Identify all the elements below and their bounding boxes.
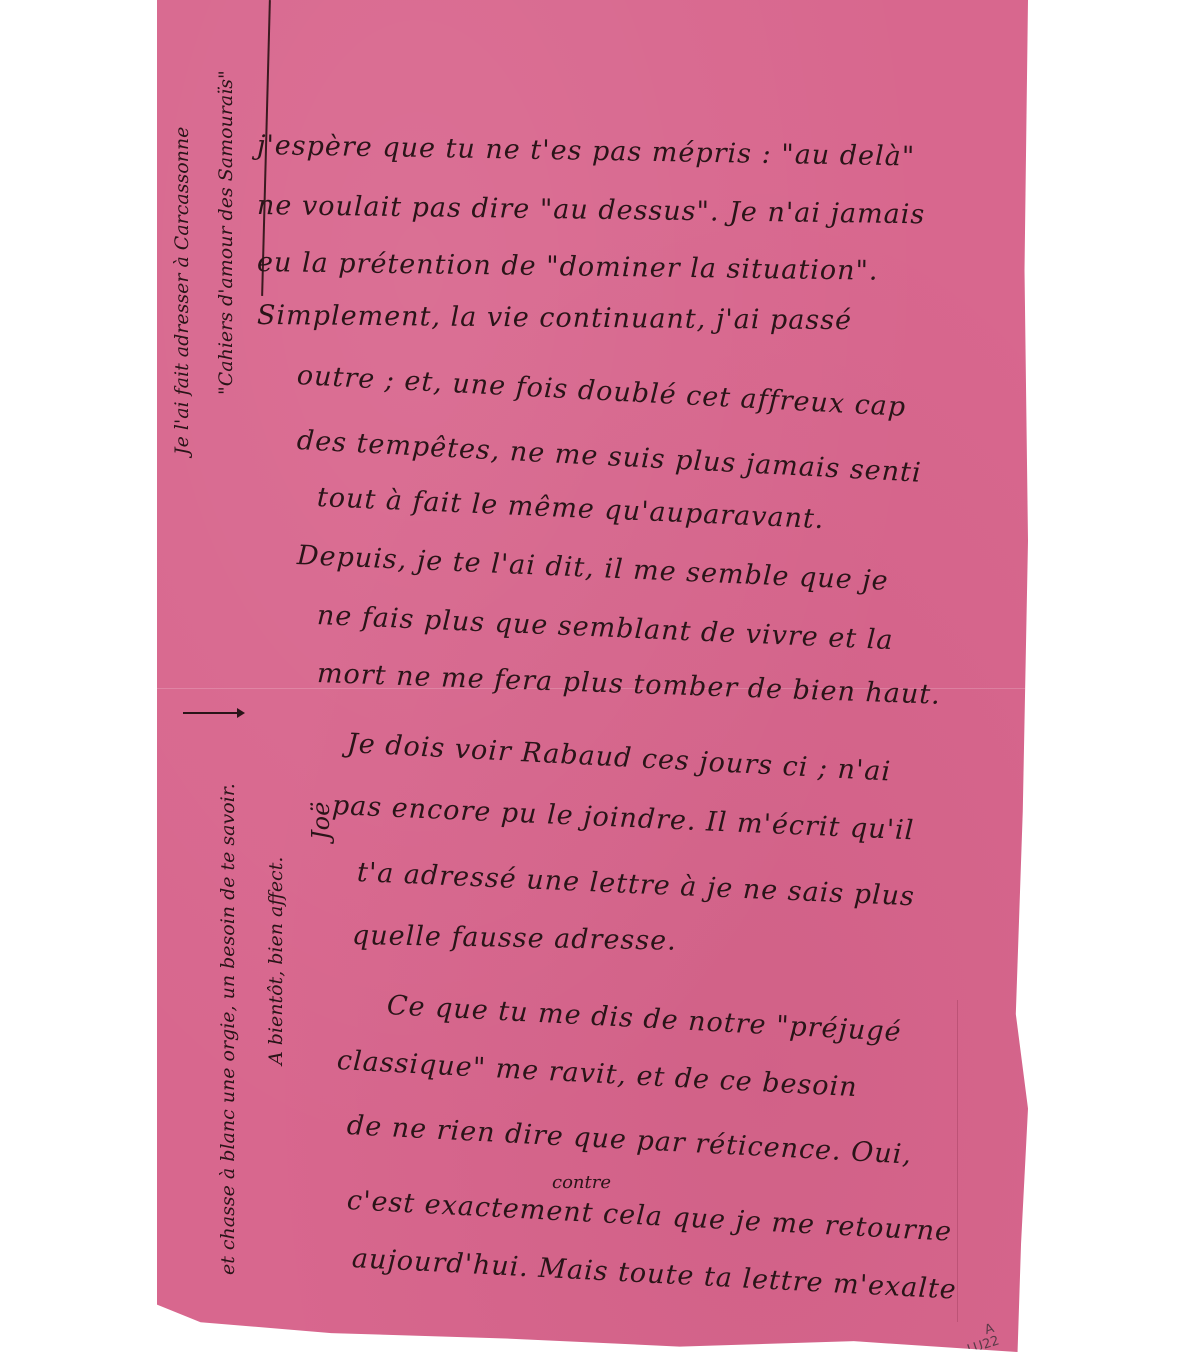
body-line: Ce que tu me dis de notre "préjugé: [386, 990, 902, 1048]
insertion-word: contre: [552, 1172, 611, 1193]
body-line: des tempêtes, ne me suis plus jamais sen…: [296, 425, 922, 489]
letter-sheet: Je l'ai fait adresser à Carcassonne "Cah…: [157, 0, 1028, 1352]
body-line: mort ne me fera plus tomber de bien haut…: [316, 658, 941, 711]
body-line: c'est exactement cela que je me retourne: [346, 1185, 953, 1248]
margin-note-3: et chasse à blanc une orgie, un besoin d…: [217, 783, 239, 1275]
body-line: ne voulait pas dire "au dessus". Je n'ai…: [257, 190, 926, 230]
body-line: outre ; et, une fois doublé cet affreux …: [296, 360, 907, 423]
body-line: classique" me ravit, et de ce besoin: [336, 1045, 858, 1103]
body-line: t'a adressé une lettre à je ne sais plus: [356, 857, 915, 912]
arrow-icon: [183, 712, 243, 714]
body-line: eu la prétention de "dominer la situatio…: [257, 247, 879, 287]
body-line: pas encore pu le joindre. Il m'écrit qu'…: [331, 790, 915, 846]
body-line: Depuis, je te l'ai dit, il me semble que…: [296, 540, 889, 597]
body-line: tout à fait le même qu'auparavant.: [316, 482, 825, 535]
margin-note-2: "Cahiers d'amour des Samouraïs": [215, 70, 237, 395]
body-line: aujourd'hui. Mais toute ta lettre m'exal…: [351, 1243, 957, 1306]
body-line: quelle fausse adresse.: [352, 920, 677, 957]
archive-mark-line2: LU22: [965, 1333, 1001, 1357]
body-line: de ne rien dire que par réticence. Oui,: [346, 1110, 913, 1171]
margin-note-4: A bientôt, bien affect.: [265, 857, 287, 1065]
fold-crease-vertical: [957, 1000, 958, 1322]
body-line: Je dois voir Rabaud ces jours ci ; n'ai: [346, 728, 892, 787]
body-line: ne fais plus que semblant de vivre et la: [316, 600, 894, 656]
margin-note-1: Je l'ai fait adresser à Carcassonne: [171, 127, 193, 455]
body-line: Simplement, la vie continuant, j'ai pass…: [257, 300, 852, 336]
body-line: j'espère que tu ne t'es pas mépris : "au…: [257, 130, 916, 172]
